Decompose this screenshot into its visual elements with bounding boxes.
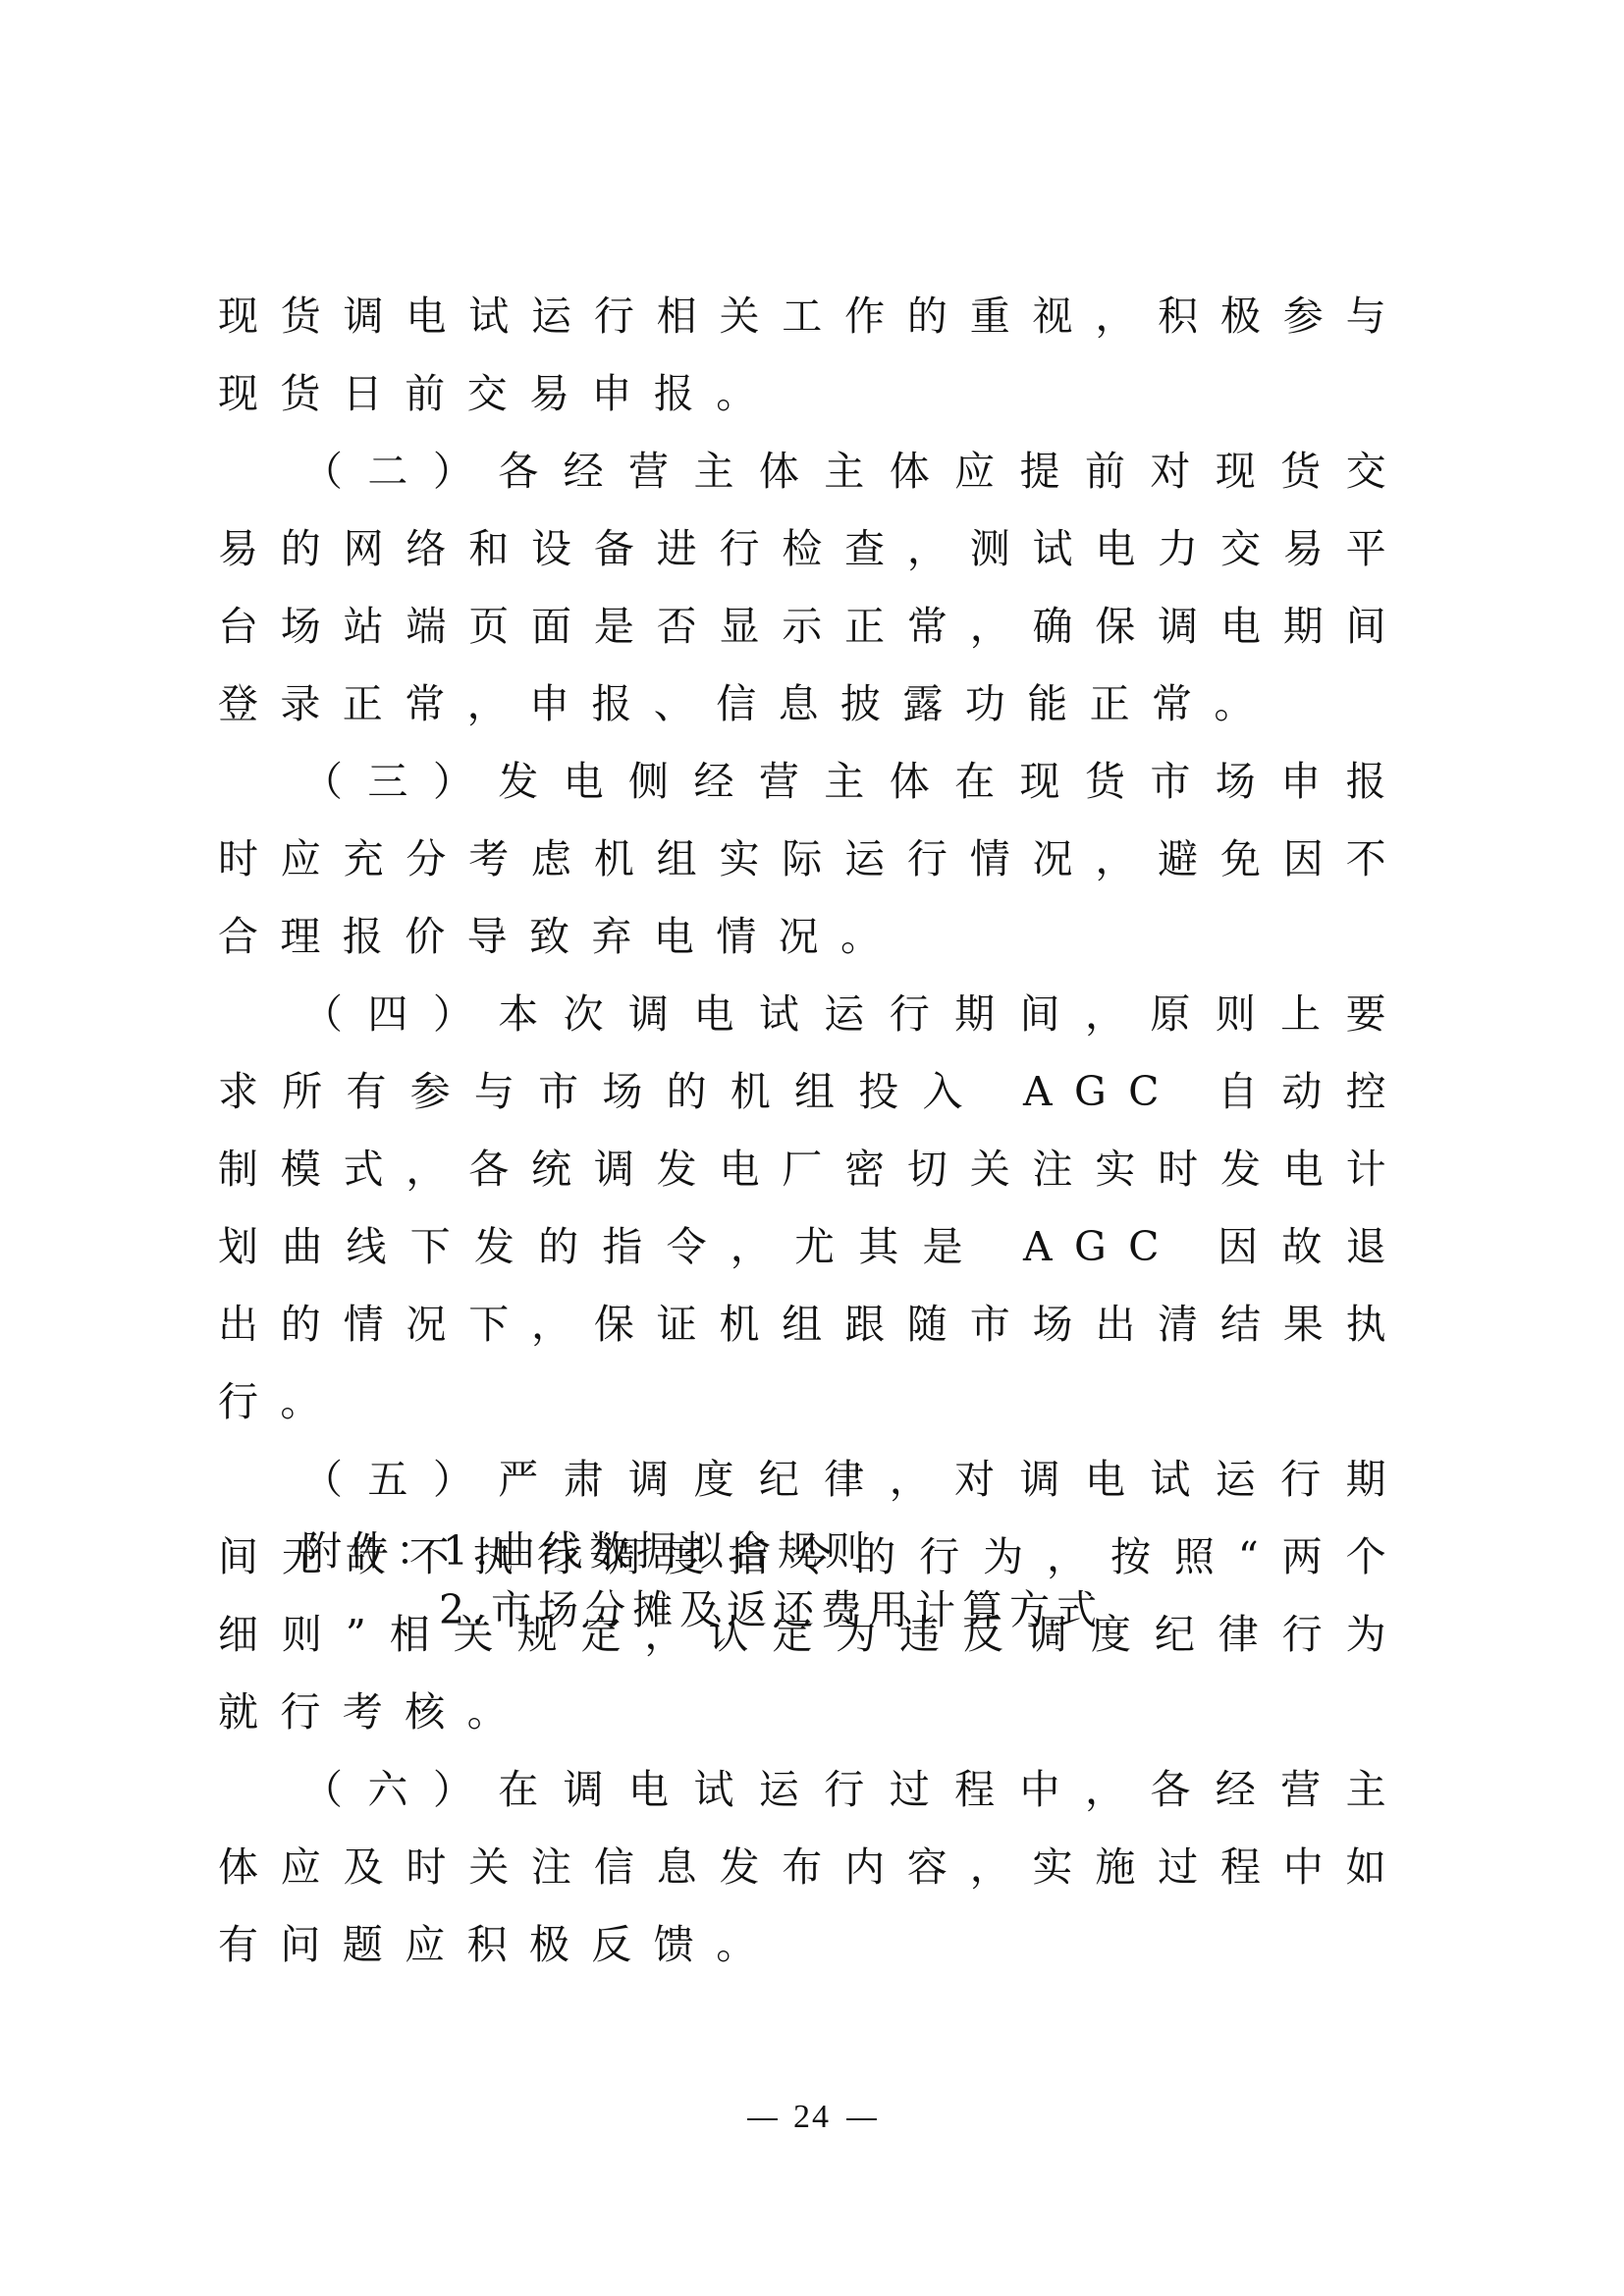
page-number-dash-right: [846, 2118, 877, 2120]
attachment-line-1: 附件：1.曲线数据拟合规则: [301, 1522, 1104, 1580]
document-body: 现货调电试运行相关工作的重视，积极参与现货日前交易申报。 （二）各经营主体主体应…: [218, 278, 1408, 1984]
paragraph-item-6: （六）在调电试运行过程中，各经营主体应及时关注信息发布内容，实施过程中如有问题应…: [218, 1751, 1408, 1984]
page-number: 24: [0, 2099, 1624, 2136]
attachment-item-2: 2.市场分摊及返还费用计算方式: [439, 1586, 1104, 1633]
paragraph-item-4: （四）本次调电试运行期间，原则上要求所有参与市场的机组投入 AGC 自动控制模式…: [218, 976, 1408, 1441]
attachments-block: 附件：1.曲线数据拟合规则 2.市场分摊及返还费用计算方式: [301, 1522, 1104, 1639]
attachments-label: 附件：: [301, 1527, 443, 1575]
paragraph-item-2: （二）各经营主体主体应提前对现货交易的网络和设备进行检查，测试电力交易平台场站端…: [218, 433, 1408, 743]
paragraph-continuation: 现货调电试运行相关工作的重视，积极参与现货日前交易申报。: [218, 278, 1408, 433]
paragraph-item-3: （三）发电侧经营主体在现货市场申报时应充分考虑机组实际运行情况，避免因不合理报价…: [218, 743, 1408, 976]
page-number-dash-left: [747, 2118, 778, 2120]
attachment-line-2: 2.市场分摊及返还费用计算方式: [301, 1580, 1104, 1639]
document-page: 现货调电试运行相关工作的重视，积极参与现货日前交易申报。 （二）各经营主体主体应…: [0, 0, 1624, 2296]
attachment-item-1: 1.曲线数据拟合规则: [443, 1527, 872, 1575]
page-number-value: 24: [793, 2099, 831, 2135]
